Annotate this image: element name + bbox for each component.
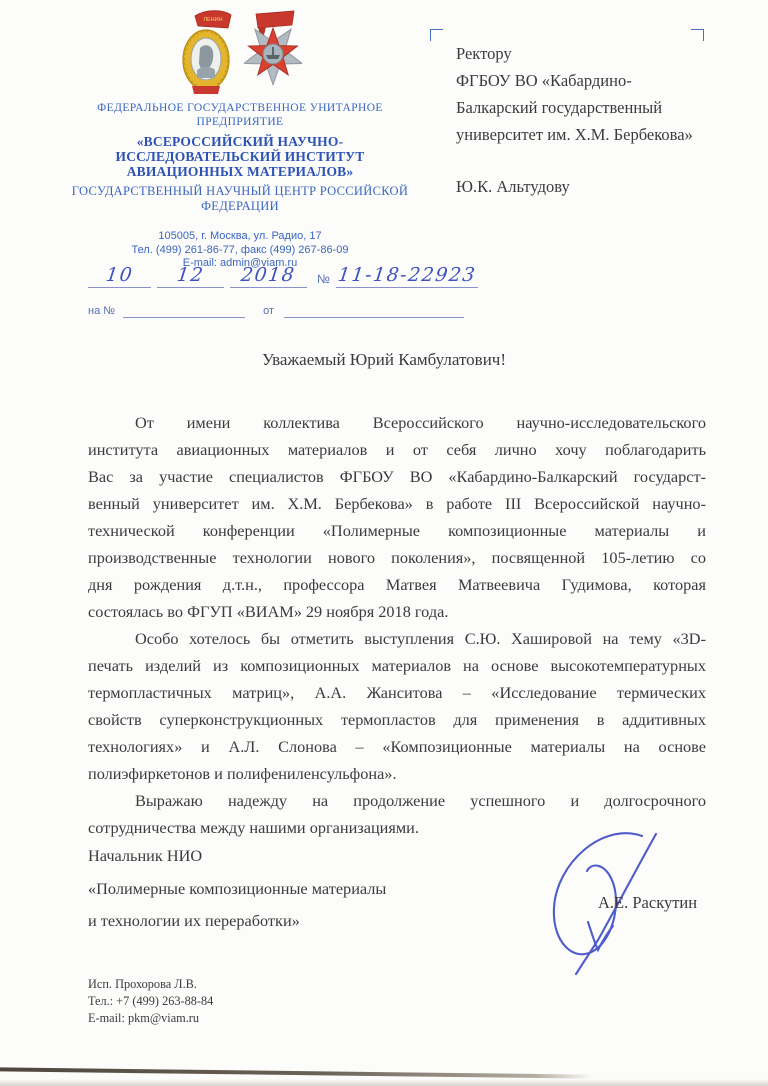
signer-name: А.Е. Раскутин [598,893,697,913]
letter-body: От имени коллектива Всероссийского научн… [88,409,706,841]
recipient-line: ФГБОУ ВО «Кабардино- [456,67,722,94]
order-of-lenin-medal-icon: ЛЕНИН [179,8,237,96]
body-line: От имени коллектива Всероссийского научн… [88,409,706,436]
recipient-line: Балкарский государственный [456,94,722,121]
body-line: Вас за участие специалистов ФГБОУ ВО «Ка… [88,463,706,490]
org-name-line: «ВСЕРОССИЙСКИЙ НАУЧНО-ИССЛЕДОВАТЕЛЬСКИЙ … [70,134,410,179]
org-phone-fax-line: Тел. (499) 261-86-77, факс (499) 267-86-… [70,244,410,258]
salutation: Уважаемый Юрий Камбулатович! [0,350,768,370]
body-line: технической конференции «Полимерные комп… [88,517,706,544]
outgoing-year-field: 2018 [230,264,307,288]
outgoing-date-row: 10 12 2018 № 11-18-22923 [88,264,478,288]
address-zone-corner-left-icon [430,29,443,41]
executor-phone: Тел.: +7 (499) 263-88-84 [88,993,213,1010]
body-line: состоялась во ФГУП «ВИАМ» 29 ноября 2018… [88,598,706,625]
body-line: дня рождения д.т.н., профессора Матвея М… [88,571,706,598]
recipient-line: Ректору [456,40,722,67]
signer-position-line: «Полимерные композиционные материалы [88,873,508,906]
lenin-banner-text: ЛЕНИН [203,17,222,23]
body-line: технологиях» и А.Л. Слонова – «Композици… [88,733,706,760]
signer-position-line: Начальник НИО [88,840,508,873]
outgoing-day-field: 10 [88,264,151,288]
signer-position-line: и технологии их переработки» [88,905,508,938]
executor-name: Исп. Прохорова Л.В. [88,976,213,993]
order-of-october-revolution-medal-icon [244,8,302,90]
recipient-name: Ю.К. Альтудову [456,177,570,197]
reply-reference-row: на № от [88,302,478,318]
executor-footer: Исп. Прохорова Л.В. Тел.: +7 (499) 263-8… [88,976,213,1027]
body-line: свойств суперконструкционных термопласто… [88,706,706,733]
body-line: печать изделий из композиционных материа… [88,652,706,679]
org-type-line: ФЕДЕРАЛЬНОЕ ГОСУДАРСТВЕННОЕ УНИТАРНОЕ ПР… [70,102,410,129]
outgoing-month-field: 12 [157,264,224,288]
scanned-letter-page: ЛЕНИН [0,0,768,1086]
body-line: производственные технологии нового покол… [88,544,706,571]
letterhead: ЛЕНИН [70,8,410,271]
org-address-line: 105005, г. Москва, ул. Радио, 17 [70,230,410,244]
body-line: полиэфиркетонов и полифениленсульфона». [88,760,706,787]
org-status-line: ГОСУДАРСТВЕННЫЙ НАУЧНЫЙ ЦЕНТР РОССИЙСКОЙ… [70,184,410,213]
outgoing-day-value: 10 [105,264,135,286]
reply-number-label: на № [88,305,115,317]
outgoing-number-label: № [317,272,330,286]
body-line: института авиационных материалов и от се… [88,436,706,463]
outgoing-year-value: 2018 [240,264,297,286]
body-line: термопластичных матриц», А.А. Жанситова … [88,679,706,706]
scan-bottom-shadow [0,1079,768,1086]
reply-from-label: от [263,305,274,317]
signer-position-block: Начальник НИО «Полимерные композиционные… [88,840,508,938]
recipient-line: университет им. Х.М. Бербекова» [456,121,722,148]
body-line: Особо хотелось бы отметить выступления С… [88,625,706,652]
reply-number-field [123,302,245,318]
body-line: венный университет им. Х.М. Бербекова» в… [88,490,706,517]
outgoing-number-field: 11-18-22923 [336,264,478,288]
letterhead-medals: ЛЕНИН [70,8,410,98]
outgoing-number-value: 11-18-22923 [337,264,478,286]
reply-date-field [284,302,464,318]
body-line: Выражаю надежду на продолжение успешного… [88,787,706,814]
scan-edge-artifact [0,1067,594,1078]
outgoing-month-value: 12 [176,264,206,286]
executor-email: E-mail: pkm@viam.ru [88,1010,213,1027]
recipient-block: Ректору ФГБОУ ВО «Кабардино- Балкарский … [456,40,722,148]
reference-block: 10 12 2018 № 11-18-22923 на № от [88,264,478,318]
